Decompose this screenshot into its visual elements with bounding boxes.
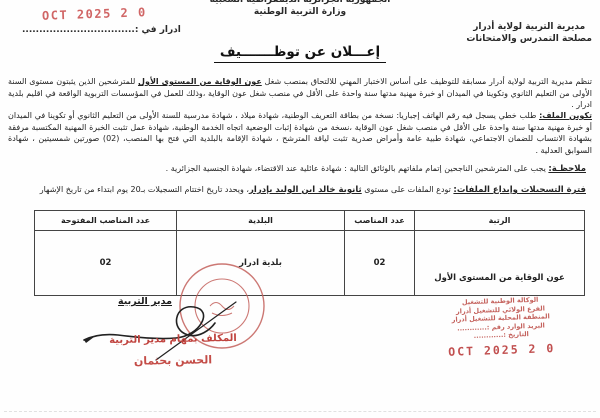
cell-rank: عون الوقاية من المستوى الأول — [415, 231, 585, 296]
intro-text-pre: تنظم مديرية التربية لولاية أدرار مسابقة … — [262, 77, 592, 86]
directorate-line: مديرية التربية لولاية أدرار — [466, 21, 592, 33]
period-heading: فترة التسجيلات وإيداع الملفات: — [453, 185, 586, 195]
anem-receipt-stamp: الوكالة الوطنية للتشغيل الفرع الولائي لل… — [415, 294, 587, 359]
intro-highlight-position: عون الوقاية من المستوى الأول — [138, 77, 262, 86]
header-right: مديرية التربية لولاية أدرار مصلحة التمدر… — [466, 21, 592, 45]
svg-text:مديرية التربية لولاية أدرار ـ: مديرية التربية لولاية أدرار ـ الجمهورية … — [176, 260, 179, 262]
header-open-positions-count: عدد المناصب المفتوحة — [35, 211, 177, 231]
period-text-pre: تودع الملفات على مستوى — [362, 185, 454, 194]
header-rank: الرتبة — [415, 211, 585, 231]
table-header-row: الرتبة عدد المناصب البلدية عدد المناصب ا… — [35, 211, 585, 231]
note-body: يجب على المترشحين الناجحين إتمام ملفاتهم… — [166, 164, 549, 173]
file-heading: تكوين الملف: — [539, 111, 592, 120]
table-row: عون الوقاية من المستوى الأول 02 بلدية اد… — [35, 231, 585, 296]
place-date-line: ادرار في :..............................… — [22, 25, 181, 35]
cell-positions-count: 02 — [345, 231, 415, 296]
intro-paragraph: تنظم مديرية التربية لولاية أدرار مسابقة … — [8, 76, 592, 111]
header-center: الجمهورية الجزائرية الديمقراطية الشعبية … — [210, 0, 391, 18]
ministry-line: وزارة التربية الوطنية — [210, 6, 391, 18]
note-paragraph: ملاحظـة: يجب على المترشحين الناجحين إتما… — [8, 163, 586, 176]
stamp-signer-name: الحسن بحثمان — [98, 353, 248, 369]
document-title: إعـــلان عن توظـــــــيف — [0, 44, 600, 60]
header-municipality: البلدية — [177, 211, 345, 231]
anem-date-stamp: 0 2 OCT 2025 — [417, 340, 587, 360]
deposit-school-name: ثانوية خالد ابن الوليد بإدرار — [249, 185, 362, 195]
date-stamp-top: 0 2 OCT 2025 — [42, 5, 147, 23]
scan-artifact-line — [4, 411, 596, 412]
cell-open-positions-count: 02 — [35, 231, 177, 296]
file-body: طلب خطي يسجل فيه رقم الهاتف إجباريا: نسخ… — [8, 111, 592, 155]
scanned-document-page: الجمهورية الجزائرية الديمقراطية الشعبية … — [0, 0, 600, 418]
registration-period-paragraph: فترة التسجيلات وإيداع الملفات: تودع المل… — [8, 184, 586, 197]
file-composition-paragraph: تكوين الملف: طلب خطي يسجل فيه رقم الهاتف… — [8, 110, 592, 156]
seal-curved-text: مديرية التربية لولاية أدرار ـ الجمهورية … — [176, 260, 179, 262]
period-text-post: ، ويحدد تاريخ اختتام التسجيلات بـ20 يوم … — [40, 185, 249, 194]
vacancies-table: الرتبة عدد المناصب البلدية عدد المناصب ا… — [34, 210, 585, 296]
header-positions-count: عدد المناصب — [345, 211, 415, 231]
note-heading: ملاحظـة: — [548, 164, 586, 174]
